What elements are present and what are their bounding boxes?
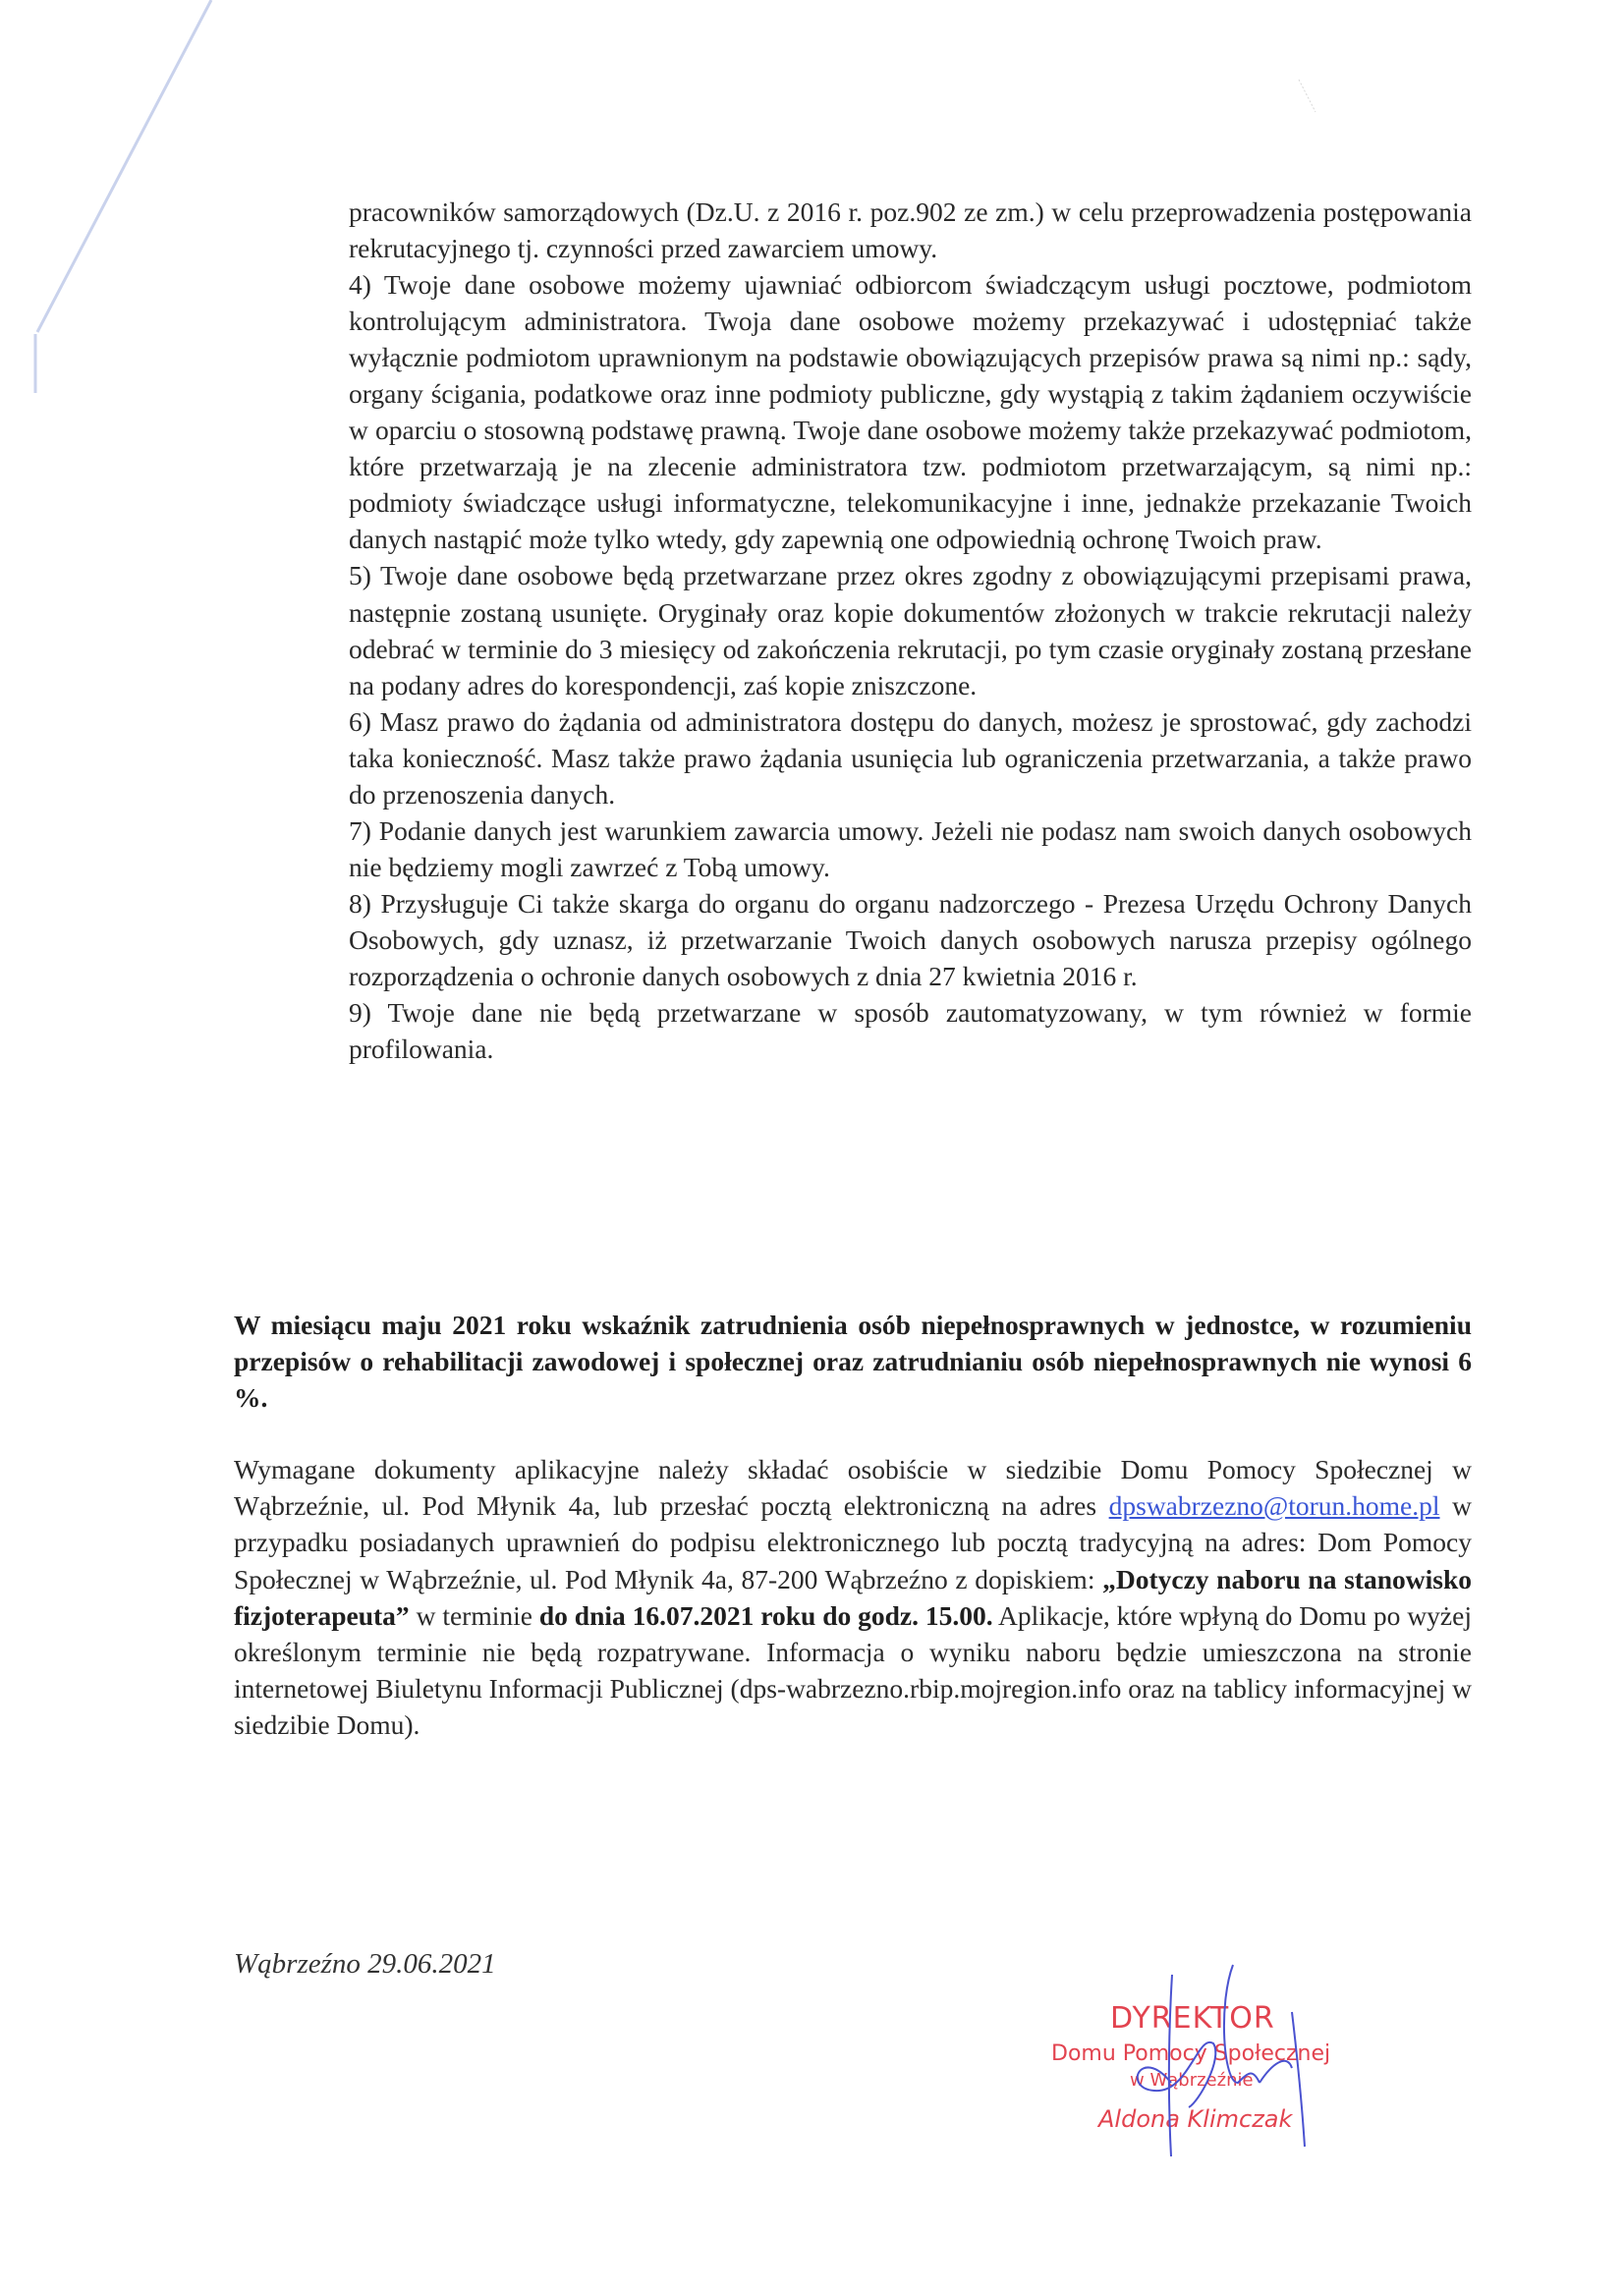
clause-6: 6) Masz prawo do żądania od administrato… — [349, 703, 1472, 812]
application-instructions: Wymagane dokumenty aplikacyjne należy sk… — [234, 1451, 1472, 1744]
clause-continuation: pracowników samorządowych (Dz.U. z 2016 … — [349, 194, 1472, 266]
apply-text-3: w terminie — [410, 1600, 539, 1631]
stamp-name: Aldona Klimczak — [1098, 2105, 1292, 2133]
clause-4: 4) Twoje dane osobowe możemy ujawniać od… — [349, 266, 1472, 557]
place-and-date: Wąbrzeźno 29.06.2021 — [234, 1948, 496, 1981]
data-processing-clauses: pracowników samorządowych (Dz.U. z 2016 … — [349, 194, 1472, 1067]
stamp-title: DYREKTOR — [1110, 2001, 1275, 2036]
stamp-organization: Domu Pomocy Społecznej — [1051, 2041, 1330, 2066]
clause-5: 5) Twoje dane osobowe będą przetwarzane … — [349, 557, 1472, 702]
employment-indicator-notice: W miesiącu maju 2021 roku wskaźnik zatru… — [234, 1307, 1472, 1416]
clause-7: 7) Podanie danych jest warunkiem zawarci… — [349, 812, 1472, 885]
document-page: pracowników samorządowych (Dz.U. z 2016 … — [0, 0, 1624, 2292]
clause-8: 8) Przysługuje Ci także skarga do organu… — [349, 885, 1472, 994]
director-stamp: DYREKTOR Domu Pomocy Społecznej w Wąbrze… — [1051, 1945, 1385, 2142]
clause-9: 9) Twoje dane nie będą przetwarzane w sp… — [349, 994, 1472, 1067]
stamp-city: w Wąbrzeźnie — [1130, 2070, 1254, 2091]
apply-deadline: do dnia 16.07.2021 roku do godz. 15.00. — [539, 1600, 993, 1631]
email-link[interactable]: dpswabrzezno@torun.home.pl — [1109, 1490, 1440, 1521]
